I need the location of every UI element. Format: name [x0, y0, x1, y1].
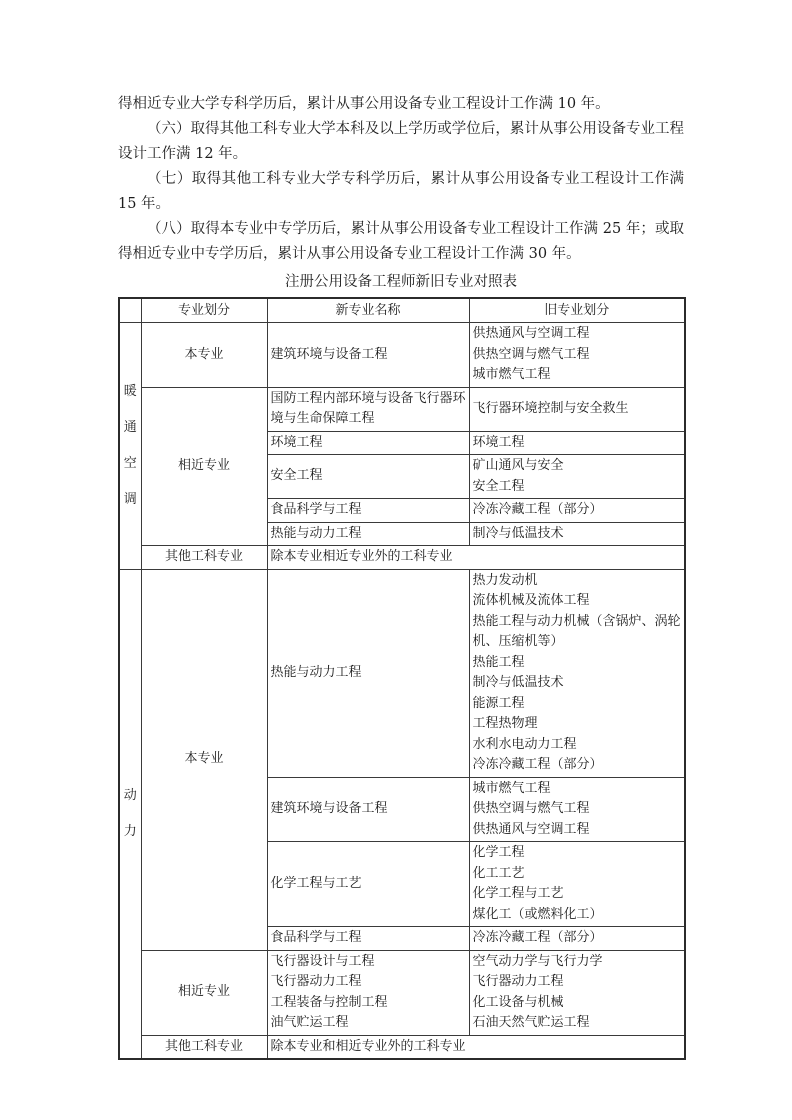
specialty-item: 能源工程 — [473, 694, 682, 715]
specialty-item: 供热空调与燃气工程 — [473, 345, 682, 366]
old-specialty-cell: 冷冻冷藏工程（部分） — [469, 927, 685, 951]
table-row: 相近专业国防工程内部环境与设备飞行器环境与生命保障工程飞行器环境控制与安全救生 — [119, 387, 685, 431]
old-specialty-cell: 空气动力学与飞行力学飞行器动力工程化工设备与机械石油天然气贮运工程 — [469, 950, 685, 1035]
old-specialty-cell: 矿山通风与安全安全工程 — [469, 455, 685, 499]
specialty-item: 飞行器动力工程 — [271, 972, 466, 993]
specialty-item: 工程热物理 — [473, 714, 682, 735]
group-label: 动 力 — [119, 569, 141, 1059]
specialty-item: 热力发动机 — [473, 571, 682, 592]
old-specialty-cell: 制冷与低温技术 — [469, 522, 685, 546]
division-cell: 本专业 — [141, 323, 267, 388]
old-specialty-cell: 飞行器环境控制与安全救生 — [469, 387, 685, 431]
specialty-item: 石油天然气贮运工程 — [473, 1013, 682, 1034]
division-cell: 其他工科专业 — [141, 1035, 267, 1059]
specialty-item: 冷冻冷藏工程（部分） — [473, 755, 682, 776]
merged-specialty-cell: 除本专业和相近专业外的工科专业 — [267, 1035, 685, 1059]
specialty-item: 热能与动力工程 — [271, 663, 466, 684]
old-specialty-cell: 热力发动机流体机械及流体工程热能工程与动力机械（含锅炉、涡轮机、压缩机等）热能工… — [469, 569, 685, 777]
specialty-item: 流体机械及流体工程 — [473, 591, 682, 612]
header-row: 专业划分新专业名称旧专业划分 — [119, 298, 685, 323]
table-row: 其他工科专业除本专业相近专业外的工科专业 — [119, 546, 685, 570]
specialty-item: 环境工程 — [473, 433, 682, 454]
old-specialty-cell: 城市燃气工程供热空调与燃气工程供热通风与空调工程 — [469, 777, 685, 842]
new-specialty-cell: 安全工程 — [267, 455, 469, 499]
specialty-item: 化工工艺 — [473, 864, 682, 885]
paragraph: （七）取得其他工科专业大学专科学历后，累计从事公用设备专业工程设计工作满 15 … — [118, 167, 684, 217]
division-cell: 其他工科专业 — [141, 546, 267, 570]
new-specialty-cell: 国防工程内部环境与设备飞行器环境与生命保障工程 — [267, 387, 469, 431]
table-title: 注册公用设备工程师新旧专业对照表 — [118, 270, 684, 294]
header-cell: 新专业名称 — [267, 298, 469, 323]
specialty-item: 化学工程 — [473, 843, 682, 864]
specialty-item: 城市燃气工程 — [473, 365, 682, 386]
new-specialty-cell: 化学工程与工艺 — [267, 842, 469, 927]
old-specialty-cell: 冷冻冷藏工程（部分） — [469, 499, 685, 523]
specialty-item: 水利水电动力工程 — [473, 735, 682, 756]
specialty-item: 供热通风与空调工程 — [473, 820, 682, 841]
specialty-item: 国防工程内部环境与设备飞行器环境与生命保障工程 — [271, 389, 466, 430]
new-specialty-cell: 建筑环境与设备工程 — [267, 777, 469, 842]
specialty-item: 供热空调与燃气工程 — [473, 799, 682, 820]
table-row: 暖 通 空 调本专业建筑环境与设备工程供热通风与空调工程供热空调与燃气工程城市燃… — [119, 323, 685, 388]
specialty-item: 飞行器动力工程 — [473, 972, 682, 993]
specialty-comparison-table: 专业划分新专业名称旧专业划分 暖 通 空 调本专业建筑环境与设备工程供热通风与空… — [118, 297, 686, 1060]
specialty-item: 食品科学与工程 — [271, 500, 466, 521]
old-specialty-cell: 化学工程化工工艺化学工程与工艺煤化工（或燃料化工） — [469, 842, 685, 927]
new-specialty-cell: 热能与动力工程 — [267, 522, 469, 546]
specialty-item: 制冷与低温技术 — [473, 524, 682, 545]
specialty-item: 煤化工（或燃料化工） — [473, 905, 682, 926]
specialty-item: 热能工程 — [473, 653, 682, 674]
specialty-item: 空气动力学与飞行力学 — [473, 952, 682, 973]
specialty-item: 环境工程 — [271, 433, 466, 454]
old-specialty-cell: 环境工程 — [469, 431, 685, 455]
paragraph: 得相近专业大学专科学历后，累计从事公用设备专业工程设计工作满 10 年。 — [118, 92, 684, 117]
specialty-item: 化工设备与机械 — [473, 993, 682, 1014]
new-specialty-cell: 热能与动力工程 — [267, 569, 469, 777]
specialty-item: 食品科学与工程 — [271, 928, 466, 949]
specialty-item: 建筑环境与设备工程 — [271, 799, 466, 820]
document-page: 得相近专业大学专科学历后，累计从事公用设备专业工程设计工作满 10 年。（六）取… — [0, 0, 792, 1060]
division-cell: 相近专业 — [141, 950, 267, 1035]
paragraph: （六）取得其他工科专业大学本科及以上学历或学位后，累计从事公用设备专业工程设计工… — [118, 117, 684, 167]
body-paragraphs: 得相近专业大学专科学历后，累计从事公用设备专业工程设计工作满 10 年。（六）取… — [118, 92, 684, 267]
specialty-item: 工程装备与控制工程 — [271, 993, 466, 1014]
specialty-item: 安全工程 — [271, 466, 466, 487]
specialty-item: 化学工程与工艺 — [473, 884, 682, 905]
specialty-item: 化学工程与工艺 — [271, 874, 466, 895]
paragraph: （八）取得本专业中专学历后，累计从事公用设备专业工程设计工作满 25 年；或取得… — [118, 217, 684, 267]
specialty-item: 油气贮运工程 — [271, 1013, 466, 1034]
header-cell: 旧专业划分 — [469, 298, 685, 323]
specialty-item: 建筑环境与设备工程 — [271, 345, 466, 366]
table-row: 其他工科专业除本专业和相近专业外的工科专业 — [119, 1035, 685, 1059]
header-cell: 专业划分 — [141, 298, 267, 323]
table-header: 专业划分新专业名称旧专业划分 — [119, 298, 685, 323]
specialty-item: 安全工程 — [473, 477, 682, 498]
table-row: 动 力本专业热能与动力工程热力发动机流体机械及流体工程热能工程与动力机械（含锅炉… — [119, 569, 685, 777]
specialty-item: 热能工程与动力机械（含锅炉、涡轮机、压缩机等） — [473, 612, 682, 653]
new-specialty-cell: 建筑环境与设备工程 — [267, 323, 469, 388]
specialty-item: 供热通风与空调工程 — [473, 324, 682, 345]
new-specialty-cell: 食品科学与工程 — [267, 927, 469, 951]
specialty-item: 城市燃气工程 — [473, 779, 682, 800]
division-cell: 相近专业 — [141, 387, 267, 546]
specialty-item: 飞行器设计与工程 — [271, 952, 466, 973]
new-specialty-cell: 食品科学与工程 — [267, 499, 469, 523]
specialty-item: 矿山通风与安全 — [473, 456, 682, 477]
table-row: 相近专业飞行器设计与工程飞行器动力工程工程装备与控制工程油气贮运工程空气动力学与… — [119, 950, 685, 1035]
table-body: 暖 通 空 调本专业建筑环境与设备工程供热通风与空调工程供热空调与燃气工程城市燃… — [119, 323, 685, 1060]
specialty-item: 热能与动力工程 — [271, 524, 466, 545]
group-label: 暖 通 空 调 — [119, 323, 141, 570]
old-specialty-cell: 供热通风与空调工程供热空调与燃气工程城市燃气工程 — [469, 323, 685, 388]
division-cell: 本专业 — [141, 569, 267, 950]
specialty-item: 制冷与低温技术 — [473, 673, 682, 694]
new-specialty-cell: 环境工程 — [267, 431, 469, 455]
specialty-item: 冷冻冷藏工程（部分） — [473, 500, 682, 521]
new-specialty-cell: 飞行器设计与工程飞行器动力工程工程装备与控制工程油气贮运工程 — [267, 950, 469, 1035]
merged-specialty-cell: 除本专业相近专业外的工科专业 — [267, 546, 685, 570]
specialty-item: 飞行器环境控制与安全救生 — [473, 399, 682, 420]
specialty-item: 冷冻冷藏工程（部分） — [473, 928, 682, 949]
header-cell — [119, 298, 141, 323]
